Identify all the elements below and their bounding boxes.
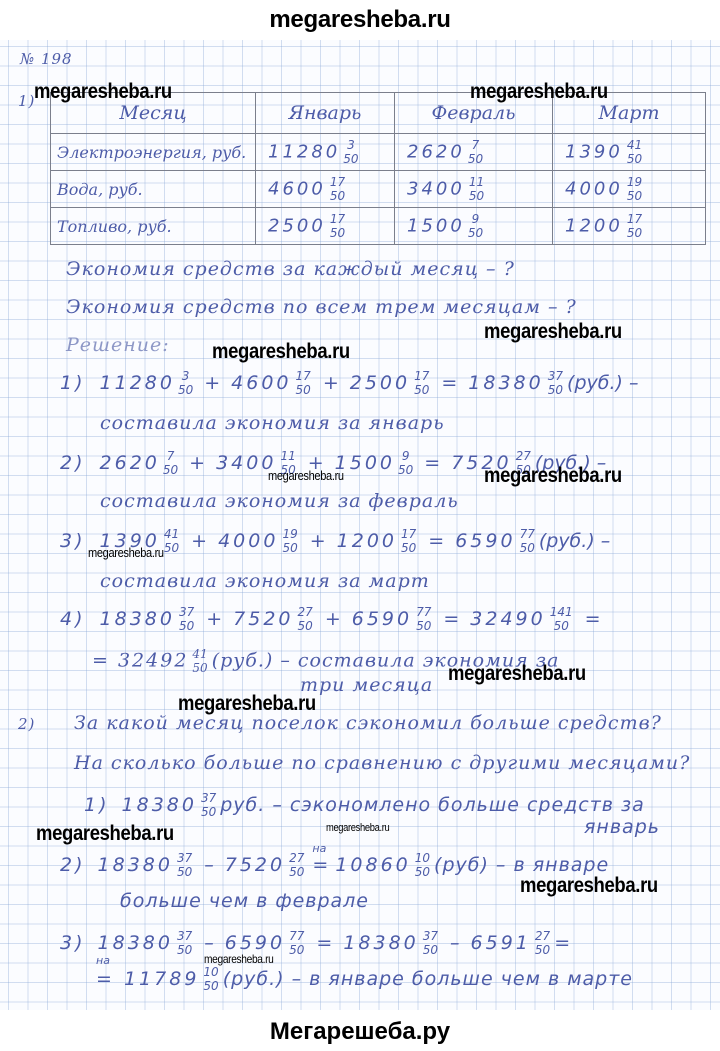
watermark: megaresheba.ru (268, 468, 344, 483)
watermark: megaresheba.ru (212, 340, 350, 364)
table-row: Топливо, руб. 25001750 1500950 12001750 (51, 208, 706, 245)
table-cell: 46001750 (256, 171, 395, 208)
question-2: Экономия средств по всем трем месяцам – … (66, 296, 577, 318)
part2-step: 3)183803750–65907750=183803750–65912750= (60, 930, 573, 957)
solution-step-caption: три месяца (300, 674, 433, 696)
row-label: Электроэнергия, руб. (51, 134, 256, 171)
table-cell: 12001750 (553, 208, 706, 245)
site-header: megaresheba.ru (0, 0, 720, 40)
solution-step-caption: составила экономия за февраль (100, 490, 459, 512)
part2-label: 2) (18, 715, 35, 733)
column-header: Январь (256, 93, 395, 134)
watermark: megaresheba.ru (484, 320, 622, 344)
solution-step: 1)11280350+46001750+25001750=183803750(р… (60, 370, 638, 397)
table-cell: 13904150 (553, 134, 706, 171)
site-footer: Мегарешеба.ру (0, 1012, 720, 1051)
part2-question-2: На сколько больше по сравнению с другими… (74, 752, 690, 774)
solution-label: Решение: (66, 334, 170, 356)
watermark: megaresheba.ru (520, 874, 658, 898)
watermark: megaresheba.ru (34, 80, 172, 104)
table-cell: 1500950 (395, 208, 553, 245)
question-1: Экономия средств за каждый месяц – ? (66, 258, 515, 280)
watermark: megaresheba.ru (470, 80, 608, 104)
site-name-ru[interactable]: Мегарешеба.ру (270, 1018, 450, 1046)
part2-step: =на 117891050(руб.) – в январе больше че… (96, 966, 633, 993)
table-cell: 34001150 (395, 171, 553, 208)
watermark: megaresheba.ru (448, 662, 586, 686)
watermark: megaresheba.ru (484, 464, 622, 488)
part2-step-caption: больше чем в феврале (120, 890, 369, 912)
expenses-table: Месяц Январь Февраль Март Электроэнергия… (50, 92, 706, 245)
part1-label: 1) (18, 92, 35, 110)
table-cell: 25001750 (256, 208, 395, 245)
part2-step: 1)183803750руб. – сэкономлено больше сре… (84, 792, 645, 819)
problem-number: № 198 (20, 50, 73, 68)
watermark: megaresheba.ru (204, 952, 274, 966)
watermark: megaresheba.ru (36, 822, 174, 846)
watermark: megaresheba.ru (88, 545, 164, 560)
table-cell: 11280350 (256, 134, 395, 171)
part2-step-caption: январь (584, 816, 660, 838)
watermark: megaresheba.ru (326, 822, 389, 834)
site-name[interactable]: megaresheba.ru (269, 6, 450, 34)
part2-question-1: За какой месяц поселок сэкономил больше … (74, 712, 662, 734)
watermark: megaresheba.ru (178, 692, 316, 716)
row-label: Топливо, руб. (51, 208, 256, 245)
solution-step-caption: составила экономия за март (100, 570, 430, 592)
table-cell: 2620750 (395, 134, 553, 171)
table-row: Электроэнергия, руб. 11280350 2620750 13… (51, 134, 706, 171)
solution-step-caption: составила экономия за январь (100, 412, 445, 434)
table-row: Вода, руб. 46001750 34001150 40001950 (51, 171, 706, 208)
row-label: Вода, руб. (51, 171, 256, 208)
table-cell: 40001950 (553, 171, 706, 208)
solution-step: 4)183803750+75202750+65907750=3249014150… (60, 606, 612, 633)
notebook-page: № 198 1) Месяц Январь Февраль Март Элект… (0, 40, 720, 1010)
